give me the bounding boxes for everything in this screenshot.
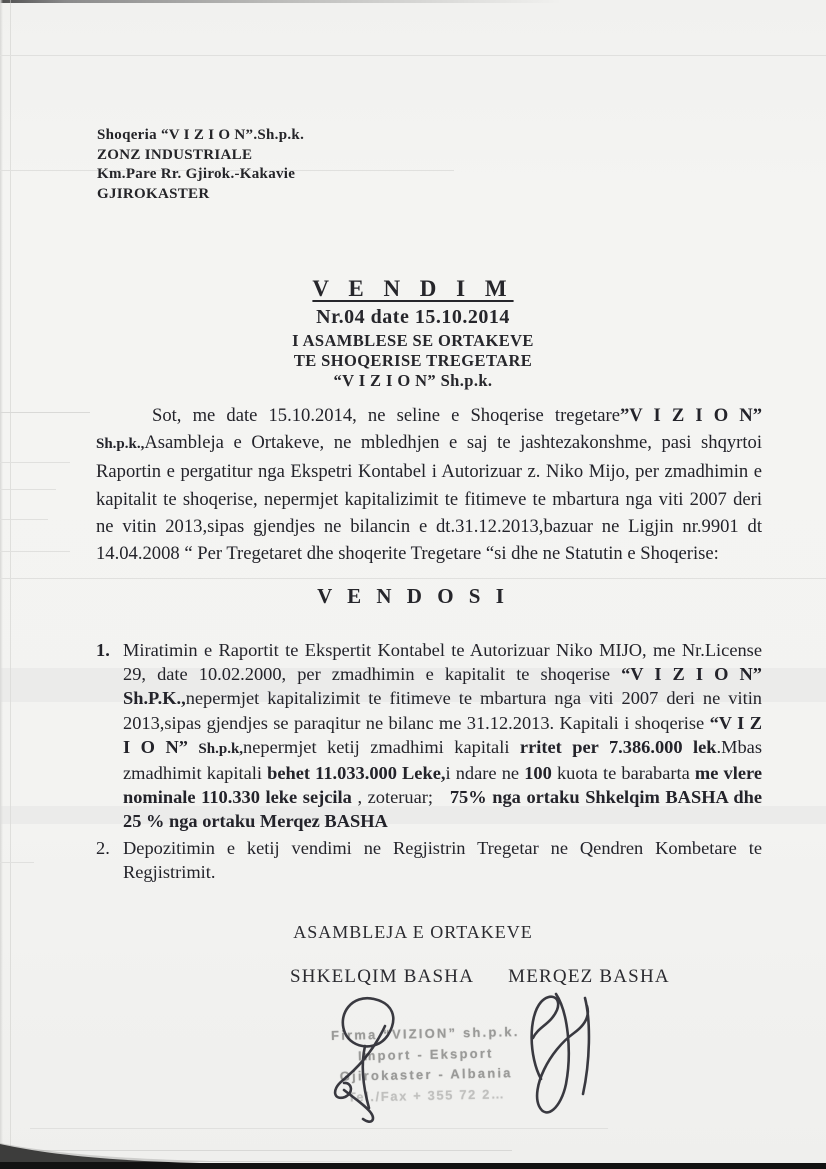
signatory-name-left: SHKELQIM BASHA <box>290 966 474 987</box>
signatory-name-right: MERQEZ BASHA <box>508 966 670 987</box>
scan-artifact <box>0 412 90 413</box>
decision-heading: V E N D O S I <box>0 584 826 609</box>
scan-artifact <box>0 578 826 579</box>
decision-title-block: V E N D I M Nr.04 date 15.10.2014 I ASAM… <box>0 276 826 391</box>
scan-top-edge-shadow <box>0 0 826 3</box>
scan-artifact <box>30 1128 608 1129</box>
stamp-line-phone: Tel./Fax + 355 72 2… <box>300 1083 552 1109</box>
company-address-block: Shoqeria “V I Z I O N”.Sh.p.k. ZONZ INDU… <box>97 126 304 204</box>
scan-artifact <box>0 519 48 520</box>
company-stamp: Firma “VIZION” sh.p.k. Import - Eksport … <box>299 1021 553 1108</box>
company-zone-line: ZONZ INDUSTRIALE <box>97 146 304 166</box>
decision-number-date: Nr.04 date 15.10.2014 <box>0 306 826 329</box>
scan-bottom-edge <box>0 1143 826 1169</box>
company-name-line: Shoqeria “V I Z I O N”.Sh.p.k. <box>97 126 304 146</box>
signature-right-stroke <box>583 998 589 1094</box>
item-text: Miratimin e Raportit te Ekspertit Kontab… <box>123 640 762 831</box>
decision-subtitle-3: “V I Z I O N” Sh.p.k. <box>0 371 826 391</box>
scan-artifact <box>0 462 70 463</box>
list-item-1: 1. Miratimin e Raportit te Ekspertit Kon… <box>96 638 762 834</box>
intro-paragraph: Sot, me date 15.10.2014, ne seline e Sho… <box>96 402 762 567</box>
item-number: 2. <box>96 836 110 860</box>
scan-artifact <box>0 55 826 56</box>
scan-artifact <box>0 489 56 490</box>
decision-subtitle-1: I ASAMBLESE SE ORTAKEVE <box>0 331 826 351</box>
list-item-2: 2. Depozitimin e ketij vendimi ne Regjis… <box>96 836 762 884</box>
scanned-document-page: Shoqeria “V I Z I O N”.Sh.p.k. ZONZ INDU… <box>0 0 826 1169</box>
decision-list: 1. Miratimin e Raportit te Ekspertit Kon… <box>96 638 762 884</box>
item-text: Depozitimin e ketij vendimi ne Regjistri… <box>123 838 762 882</box>
company-city-line: GJIROKASTER <box>97 185 304 205</box>
company-street-line: Km.Pare Rr. Gjirok.-Kakavie <box>97 165 304 185</box>
decision-subtitle-2: TE SHOQERISE TREGETARE <box>0 351 826 371</box>
signatory-names: SHKELQIM BASHAMERQEZ BASHA <box>290 966 670 988</box>
decision-title: V E N D I M <box>0 276 826 302</box>
assembly-heading: ASAMBLEJA E ORTAKEVE <box>0 922 826 943</box>
item-number: 1. <box>96 638 110 662</box>
scan-artifact <box>0 551 70 552</box>
scan-artifact <box>0 862 34 863</box>
